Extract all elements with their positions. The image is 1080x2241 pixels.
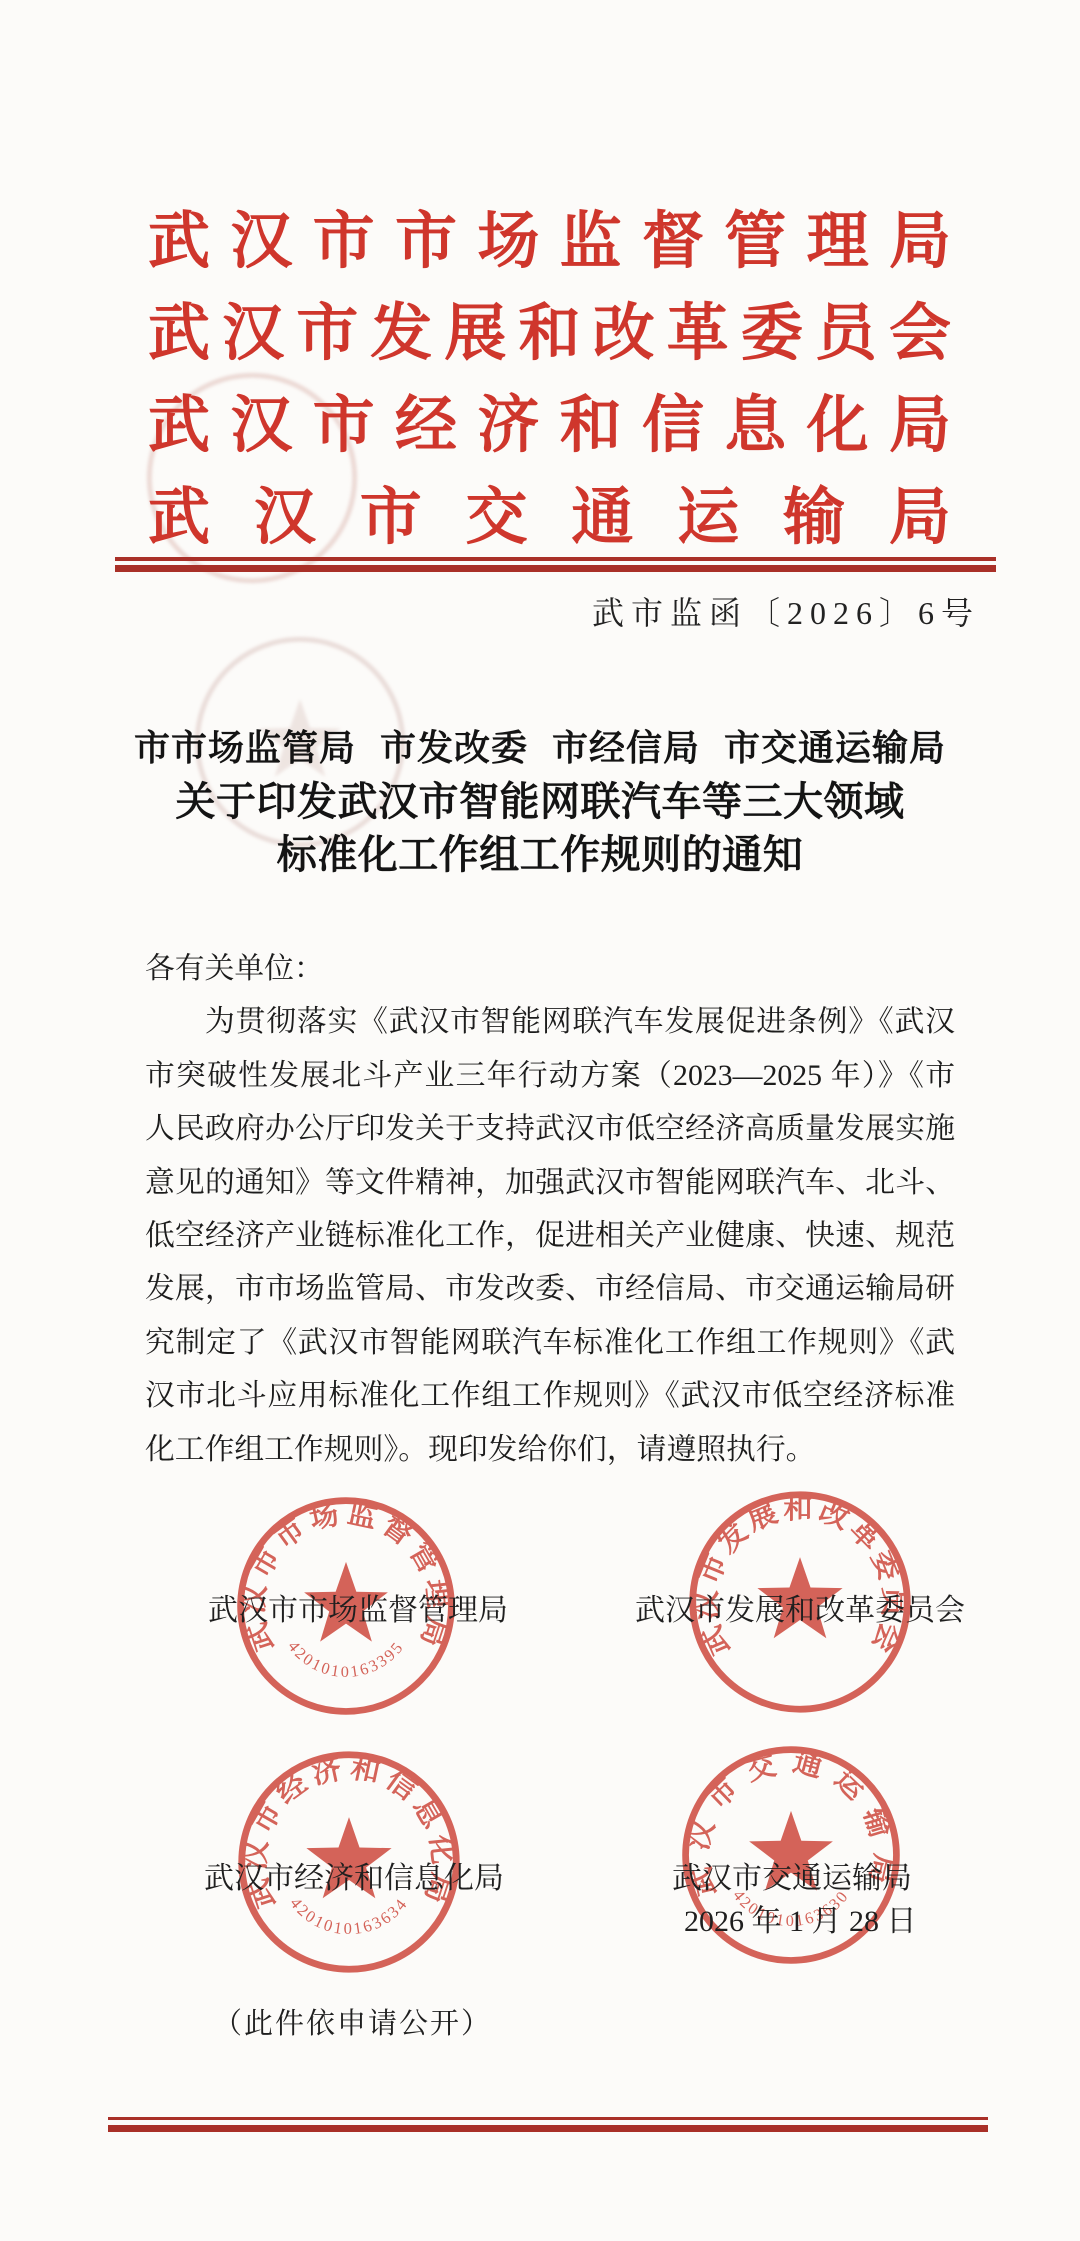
header-agency-line-3: 武汉市经济和信息化局 — [148, 373, 951, 465]
document-page: 武汉市市场监督管理局 武汉市发展和改革委员会 武汉市经济和信息化局 武汉市交通运… — [0, 0, 1080, 2241]
top-separator-line — [115, 565, 996, 572]
header-agency-line-2: 武汉市发展和改革委员会 — [148, 281, 951, 373]
disclosure-note: （此件依申请公开） — [213, 2001, 492, 2042]
letterhead: 武汉市市场监督管理局 武汉市发展和改革委员会 武汉市经济和信息化局 武汉市交通运… — [148, 189, 951, 557]
header-agency-line-4: 武汉市交通运输局 — [148, 465, 951, 557]
body-paragraph: 为贯彻落实《武汉市智能网联汽车发展促进条例》《武汉市突破性发展北斗产业三年行动方… — [145, 995, 955, 1476]
svg-text:4201010163395: 4201010163395 — [284, 1637, 408, 1681]
header-agency-line-1: 武汉市市场监督管理局 — [148, 189, 951, 281]
title-line: 关于印发武汉市智能网联汽车等三大领域 — [0, 775, 1080, 828]
signer-development-reform: 武汉市发展和改革委员会 — [635, 1585, 965, 1629]
signer-economy-information: 武汉市经济和信息化局 — [204, 1853, 504, 1897]
body-block: 各有关单位： 为贯彻落实《武汉市智能网联汽车发展促进条例》《武汉市突破性发展北斗… — [145, 942, 955, 1476]
title-line: 标准化工作组工作规则的通知 — [0, 828, 1080, 881]
bottom-separator-line — [108, 2125, 988, 2132]
bottom-separator-line — [108, 2117, 988, 2120]
top-separator-line — [115, 557, 996, 561]
document-date: 2026 年 1 月 28 日 — [684, 1896, 917, 1940]
signer-transport: 武汉市交通运输局 — [672, 1853, 912, 1897]
document-title: 市市场监管局 市发改委 市经信局 市交通运输局 关于印发武汉市智能网联汽车等三大… — [0, 722, 1080, 881]
signer-market-regulation: 武汉市市场监督管理局 — [208, 1585, 508, 1629]
title-line: 市市场监管局 市发改委 市经信局 市交通运输局 — [0, 722, 1080, 775]
svg-text:4201010163634: 4201010163634 — [286, 1894, 412, 1939]
salutation: 各有关单位： — [145, 942, 955, 995]
doc-number: 武市监函〔2026〕6号 — [592, 588, 980, 634]
